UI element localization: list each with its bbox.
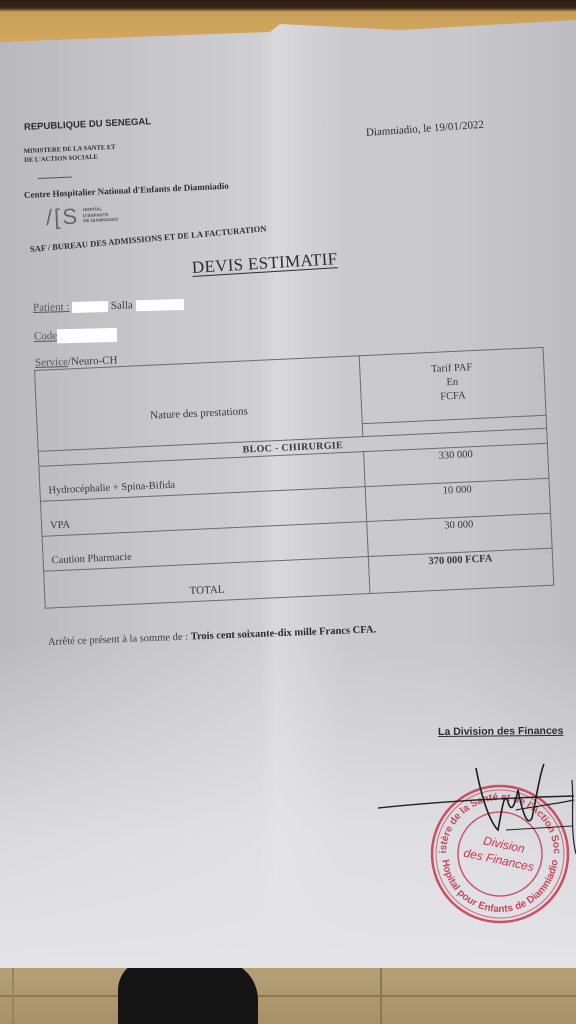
signature-title: La Division des Finances xyxy=(438,725,564,738)
column-header-tarif: Tarif PAF En FCFA xyxy=(359,347,546,423)
hospital-logo: / [ S HOPITAL D'ENFANTS DE DIAMNIADIO xyxy=(45,202,118,231)
patient-name: Salla xyxy=(111,299,133,312)
signature-icon xyxy=(376,760,576,860)
redaction-box xyxy=(72,301,108,313)
document-date: Diamniadio, le 19/01/2022 xyxy=(366,119,485,139)
amount-in-words: Arrêté ce présent à la somme de : Trois … xyxy=(48,624,377,648)
quote-table: Nature des prestations Tarif PAF En FCFA… xyxy=(34,347,554,609)
header-divider xyxy=(38,176,72,179)
patient-field: Patient : Salla xyxy=(33,298,184,314)
code-label: Code xyxy=(34,330,58,343)
patient-label: Patient : xyxy=(33,301,70,314)
header-ministry: MINISTERE DE LA SANTE ET DE L'ACTION SOC… xyxy=(24,143,116,165)
amount-in-words-value: Trois cent soixante-dix mille Francs CFA… xyxy=(191,624,377,642)
quote-table-wrapper: Nature des prestations Tarif PAF En FCFA… xyxy=(34,347,557,570)
service-label: Service xyxy=(35,356,68,369)
amount-in-words-prefix: Arrêté ce présent à la somme de : xyxy=(48,632,191,648)
hospital-logo-text: HOPITAL D'ENFANTS DE DIAMNIADIO xyxy=(83,206,118,224)
hospital-logo-icon: / [ S xyxy=(45,204,75,231)
redaction-box xyxy=(135,299,183,311)
column-header-nature: Nature des prestations xyxy=(35,356,363,452)
document-content: REPUBLIQUE DU SENEGAL MINISTERE DE LA SA… xyxy=(0,0,576,1024)
redaction-box xyxy=(57,328,117,344)
total-amount: 370 000 FCFA xyxy=(368,548,554,593)
logo-text-line3: DE DIAMNIADIO xyxy=(83,217,118,224)
document-title: DEVIS ESTIMATIF xyxy=(191,249,338,278)
header-republic: REPUBLIQUE DU SENEGAL xyxy=(24,116,152,133)
header-hospital: Centre Hospitalier National d'Enfants de… xyxy=(24,181,229,200)
code-field: Code xyxy=(34,328,118,344)
